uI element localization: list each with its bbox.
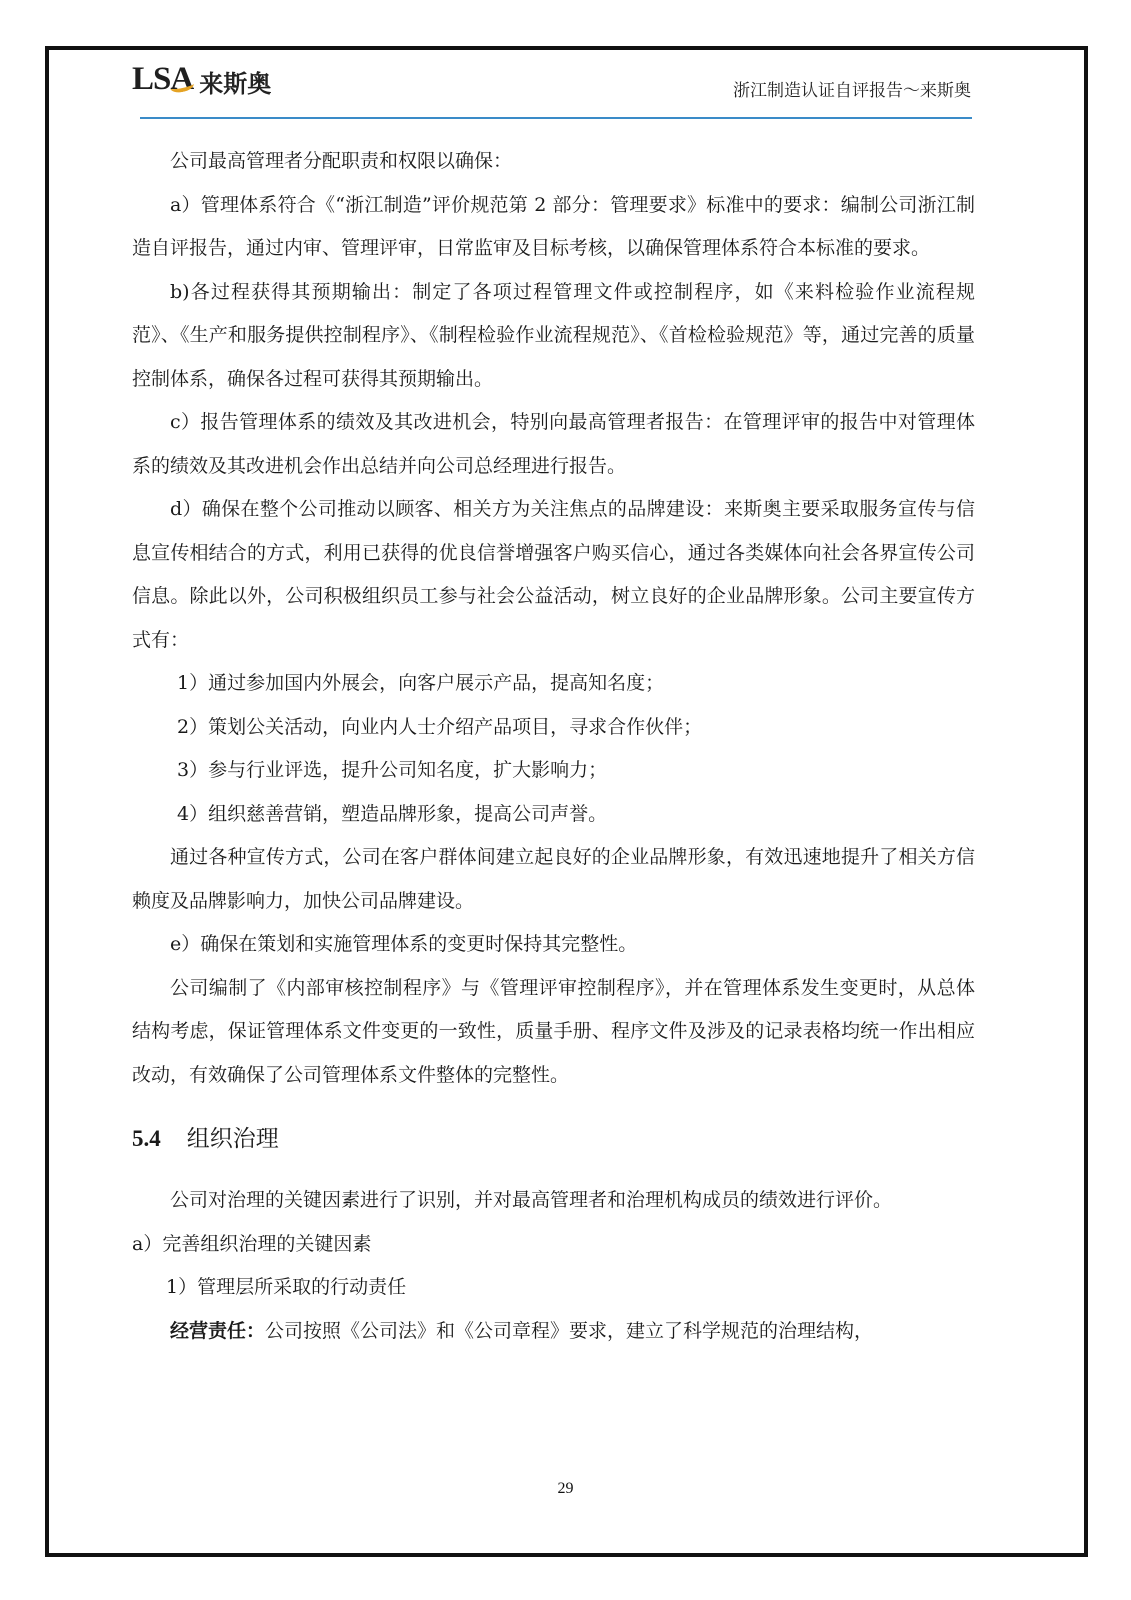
section-number: 5.4 [132, 1126, 161, 1151]
paragraph-b: b)各过程获得其预期输出：制定了各项过程管理文件或控制程序，如《来料检验作业流程… [132, 271, 975, 402]
document-header-title: 浙江制造认证自评报告～来斯奥 [733, 76, 971, 101]
lead-label: 经营责任： [170, 1320, 265, 1342]
subheading-1: 1）管理层所采取的行动责任 [132, 1266, 975, 1310]
paragraph-c: c）报告管理体系的绩效及其改进机会，特别向最高管理者报告：在管理评审的报告中对管… [132, 401, 975, 488]
subheading-a: a）完善组织治理的关键因素 [132, 1223, 975, 1267]
page-content: 公司最高管理者分配职责和权限以确保： a）管理体系符合《“浙江制造”评价规范第 … [132, 140, 975, 1353]
list-item: 2）策划公关活动，向业内人士介绍产品项目，寻求合作伙伴； [132, 706, 975, 750]
company-logo: LSA 来斯奥 [132, 62, 271, 96]
lead-text: 公司按照《公司法》和《公司章程》要求，建立了科学规范的治理结构， [265, 1320, 873, 1342]
page-number: 29 [0, 1480, 1131, 1498]
section-heading: 5.4组织治理 [132, 1119, 975, 1159]
paragraph-intro: 公司最高管理者分配职责和权限以确保： [132, 140, 975, 184]
paragraph-d: d）确保在整个公司推动以顾客、相关方为关注焦点的品牌建设：来斯奥主要采取服务宣传… [132, 488, 975, 662]
header-divider [140, 117, 972, 119]
logo-lsa-text: LSA [132, 63, 193, 96]
paragraph-business-responsibility: 经营责任：公司按照《公司法》和《公司章程》要求，建立了科学规范的治理结构， [132, 1310, 975, 1354]
paragraph-summary: 通过各种宣传方式，公司在客户群体间建立起良好的企业品牌形象，有效迅速地提升了相关… [132, 836, 975, 923]
paragraph-a: a）管理体系符合《“浙江制造”评价规范第 2 部分：管理要求》标准中的要求：编制… [132, 184, 975, 271]
list-item: 3）参与行业评选，提升公司知名度，扩大影响力； [132, 749, 975, 793]
logo-chinese-name: 来斯奥 [199, 72, 271, 96]
section-title: 组织治理 [187, 1126, 279, 1152]
list-item: 1）通过参加国内外展会，向客户展示产品，提高知名度； [132, 662, 975, 706]
section-intro: 公司对治理的关键因素进行了识别，并对最高管理者和治理机构成员的绩效进行评价。 [132, 1179, 975, 1223]
list-item: 4）组织慈善营销，塑造品牌形象，提高公司声誉。 [132, 793, 975, 837]
paragraph-procedures: 公司编制了《内部审核控制程序》与《管理评审控制程序》，并在管理体系发生变更时，从… [132, 967, 975, 1098]
paragraph-e: e）确保在策划和实施管理体系的变更时保持其完整性。 [132, 923, 975, 967]
